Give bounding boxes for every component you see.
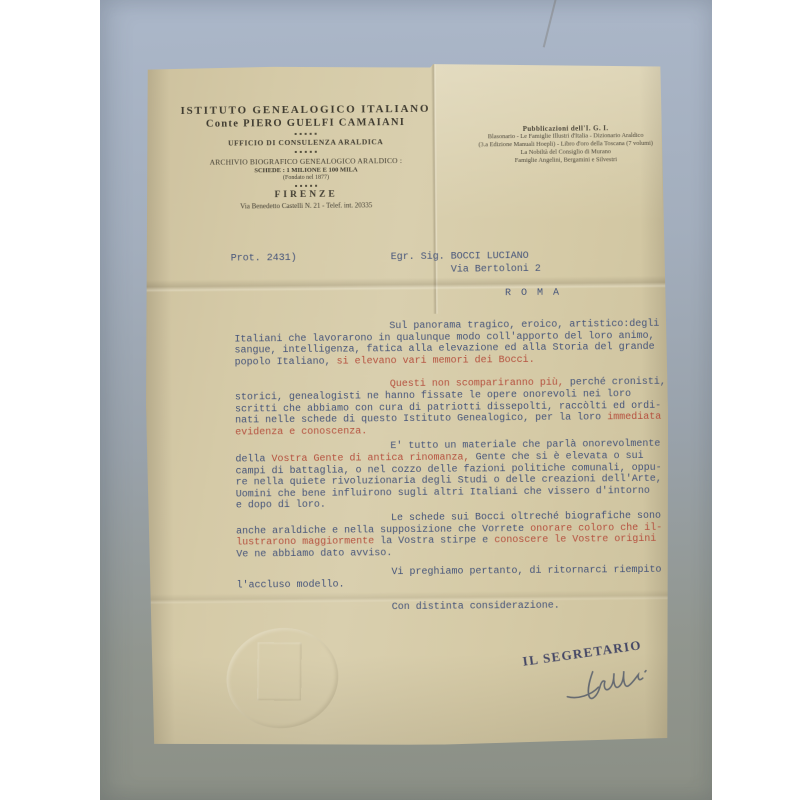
ornament-rule — [295, 151, 317, 153]
paragraph-5: Vi preghiamo pertanto, di ritornarci rie… — [236, 565, 662, 592]
signature-handwriting — [558, 661, 654, 712]
letterhead-office: UFFICIO DI CONSULENZA ARALDICA — [170, 137, 442, 148]
recipient-name: Egr. Sig. BOCCI LUCIANO — [391, 251, 529, 263]
paragraph-3: E' tutto un materiale che parlà onorevol… — [235, 439, 662, 512]
embossed-seal — [220, 620, 346, 735]
paragraph-2: Questi non scompariranno più, perché cro… — [235, 377, 661, 439]
screenshot-canvas: ISTITUTO GENEALOGICO ITALIANO Conte PIER… — [0, 0, 800, 800]
letterhead-street-address: Via Benedetto Castelli N. 21 - Telef. in… — [170, 201, 442, 211]
ornament-rule — [295, 133, 317, 135]
horizontal-fold-crease-top — [145, 276, 667, 293]
body-line: popolo Italiano, si elevano vari memori … — [235, 354, 661, 369]
paragraph-1: Sul panorama tragico, eroico, artistico:… — [234, 319, 660, 369]
letterhead-institute: ISTITUTO GENEALOGICO ITALIANO — [169, 103, 441, 117]
red-highlight-text: lustrarono maggiormente — [236, 536, 374, 548]
paragraph-4: Le schede sui Bocci oltreché biografiche… — [236, 511, 662, 561]
recipient-city: R O M A — [505, 288, 561, 299]
red-highlight-text: conoscere le Vostre origini — [494, 534, 656, 546]
paragraph-6: Con distinta considerazione. — [237, 600, 663, 615]
body-line: Con distinta considerazione. — [237, 600, 663, 615]
red-highlight-text: Questi non scompariranno più, — [390, 378, 564, 391]
red-highlight-text: immediata — [607, 412, 661, 423]
letterhead: ISTITUTO GENEALOGICO ITALIANO Conte PIER… — [169, 103, 442, 211]
protocol-number: Prot. 2431) — [231, 253, 297, 265]
body-line: l'accluso modello. — [237, 577, 663, 592]
recipient-street: Via Bertoloni 2 — [451, 264, 541, 276]
red-highlight-text: si elevano vari memori dei Bocci. — [337, 355, 535, 368]
red-highlight-text: Vostra Gente di antica rinomanza, — [271, 452, 469, 465]
letterhead-city: FIRENZE — [170, 189, 442, 201]
red-highlight-text: onorare coloro che il- — [530, 522, 662, 534]
letterhead-founded: (Fondato nel 1877) — [170, 174, 442, 182]
letter-paper: ISTITUTO GENEALOGICO ITALIANO Conte PIER… — [143, 62, 671, 748]
letterhead-count: Conte PIERO GUELFI CAMAIANI — [170, 117, 442, 130]
letter-body: Sul panorama tragico, eroico, artistico:… — [234, 319, 663, 616]
background-scratch — [543, 0, 558, 47]
embossed-seal-shield — [257, 642, 302, 700]
secretary-stamp: IL SEGRETARIO — [522, 637, 643, 670]
publications-block: Pubblicazioni dell'I. G. I. Blasonario -… — [446, 124, 686, 166]
letter-photo: ISTITUTO GENEALOGICO ITALIANO Conte PIER… — [100, 0, 712, 800]
ornament-rule — [295, 185, 317, 187]
body-line: e dopo di loro. — [236, 497, 662, 512]
